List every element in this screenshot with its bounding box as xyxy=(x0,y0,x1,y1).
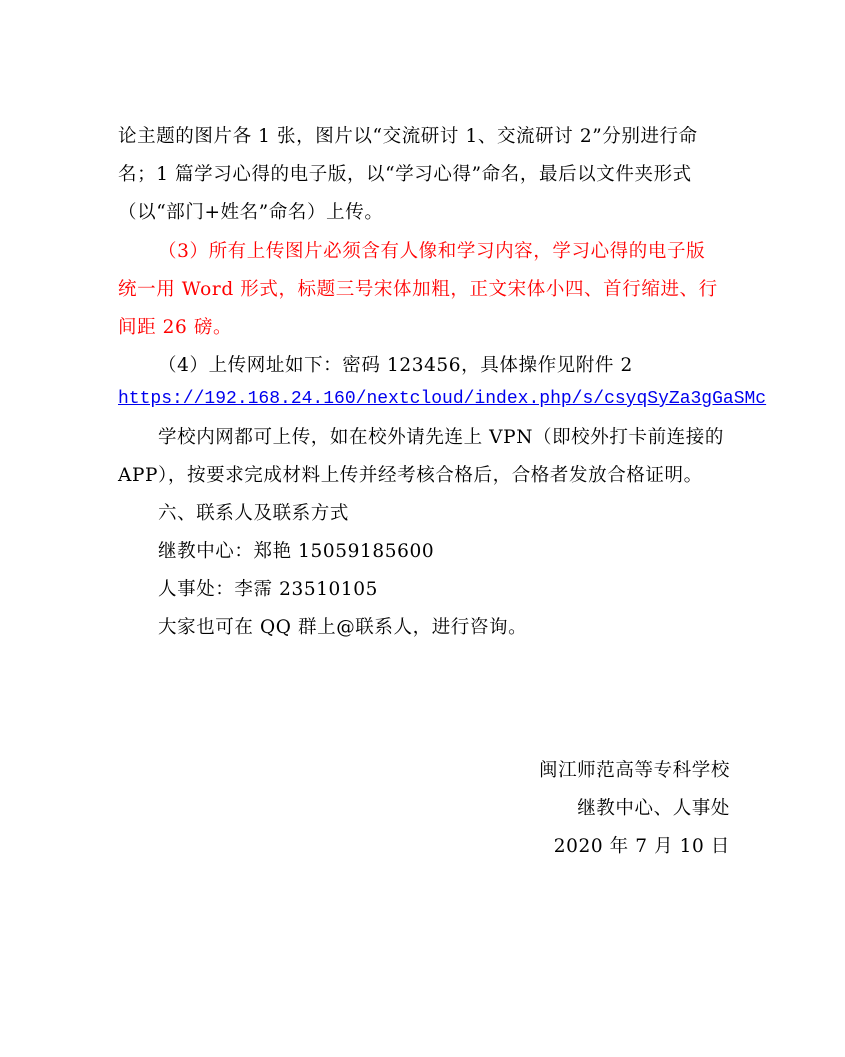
network-note-line: 学校内网都可上传，如在校外请先连上 VPN（即校外打卡前连接的 xyxy=(158,419,724,457)
requirement-3-line: 统一用 Word 形式，标题三号宋体加粗，正文宋体小四、首行缩进、行 xyxy=(118,271,718,309)
signature-departments: 继教中心、人事处 xyxy=(577,790,730,828)
requirement-3-line: 间距 26 磅。 xyxy=(118,309,232,347)
upload-link[interactable]: https://192.168.24.160/nextcloud/index.p… xyxy=(118,380,766,418)
network-note-line: APP），按要求完成材料上传并经考核合格后，合格者发放合格证明。 xyxy=(118,457,703,495)
contact-personnel: 人事处：李霈 23510105 xyxy=(158,571,378,609)
text-line: 名；1 篇学习心得的电子版，以“学习心得”命名，最后以文件夹形式 xyxy=(118,156,692,194)
contact-continuing-education: 继教中心：郑艳 15059185600 xyxy=(158,533,434,571)
contact-qq-note: 大家也可在 QQ 群上@联系人，进行咨询。 xyxy=(158,609,527,647)
signature-date: 2020 年 7 月 10 日 xyxy=(554,828,730,866)
text-line: （以“部门+姓名”命名）上传。 xyxy=(118,194,383,232)
signature-organization: 闽江师范高等专科学校 xyxy=(539,752,730,790)
section-heading-contacts: 六、联系人及联系方式 xyxy=(158,495,349,533)
requirement-3-line: （3）所有上传图片必须含有人像和学习内容，学习心得的电子版 xyxy=(158,233,705,271)
text-line: 论主题的图片各 1 张，图片以“交流研讨 1、交流研讨 2”分别进行命 xyxy=(118,118,698,156)
